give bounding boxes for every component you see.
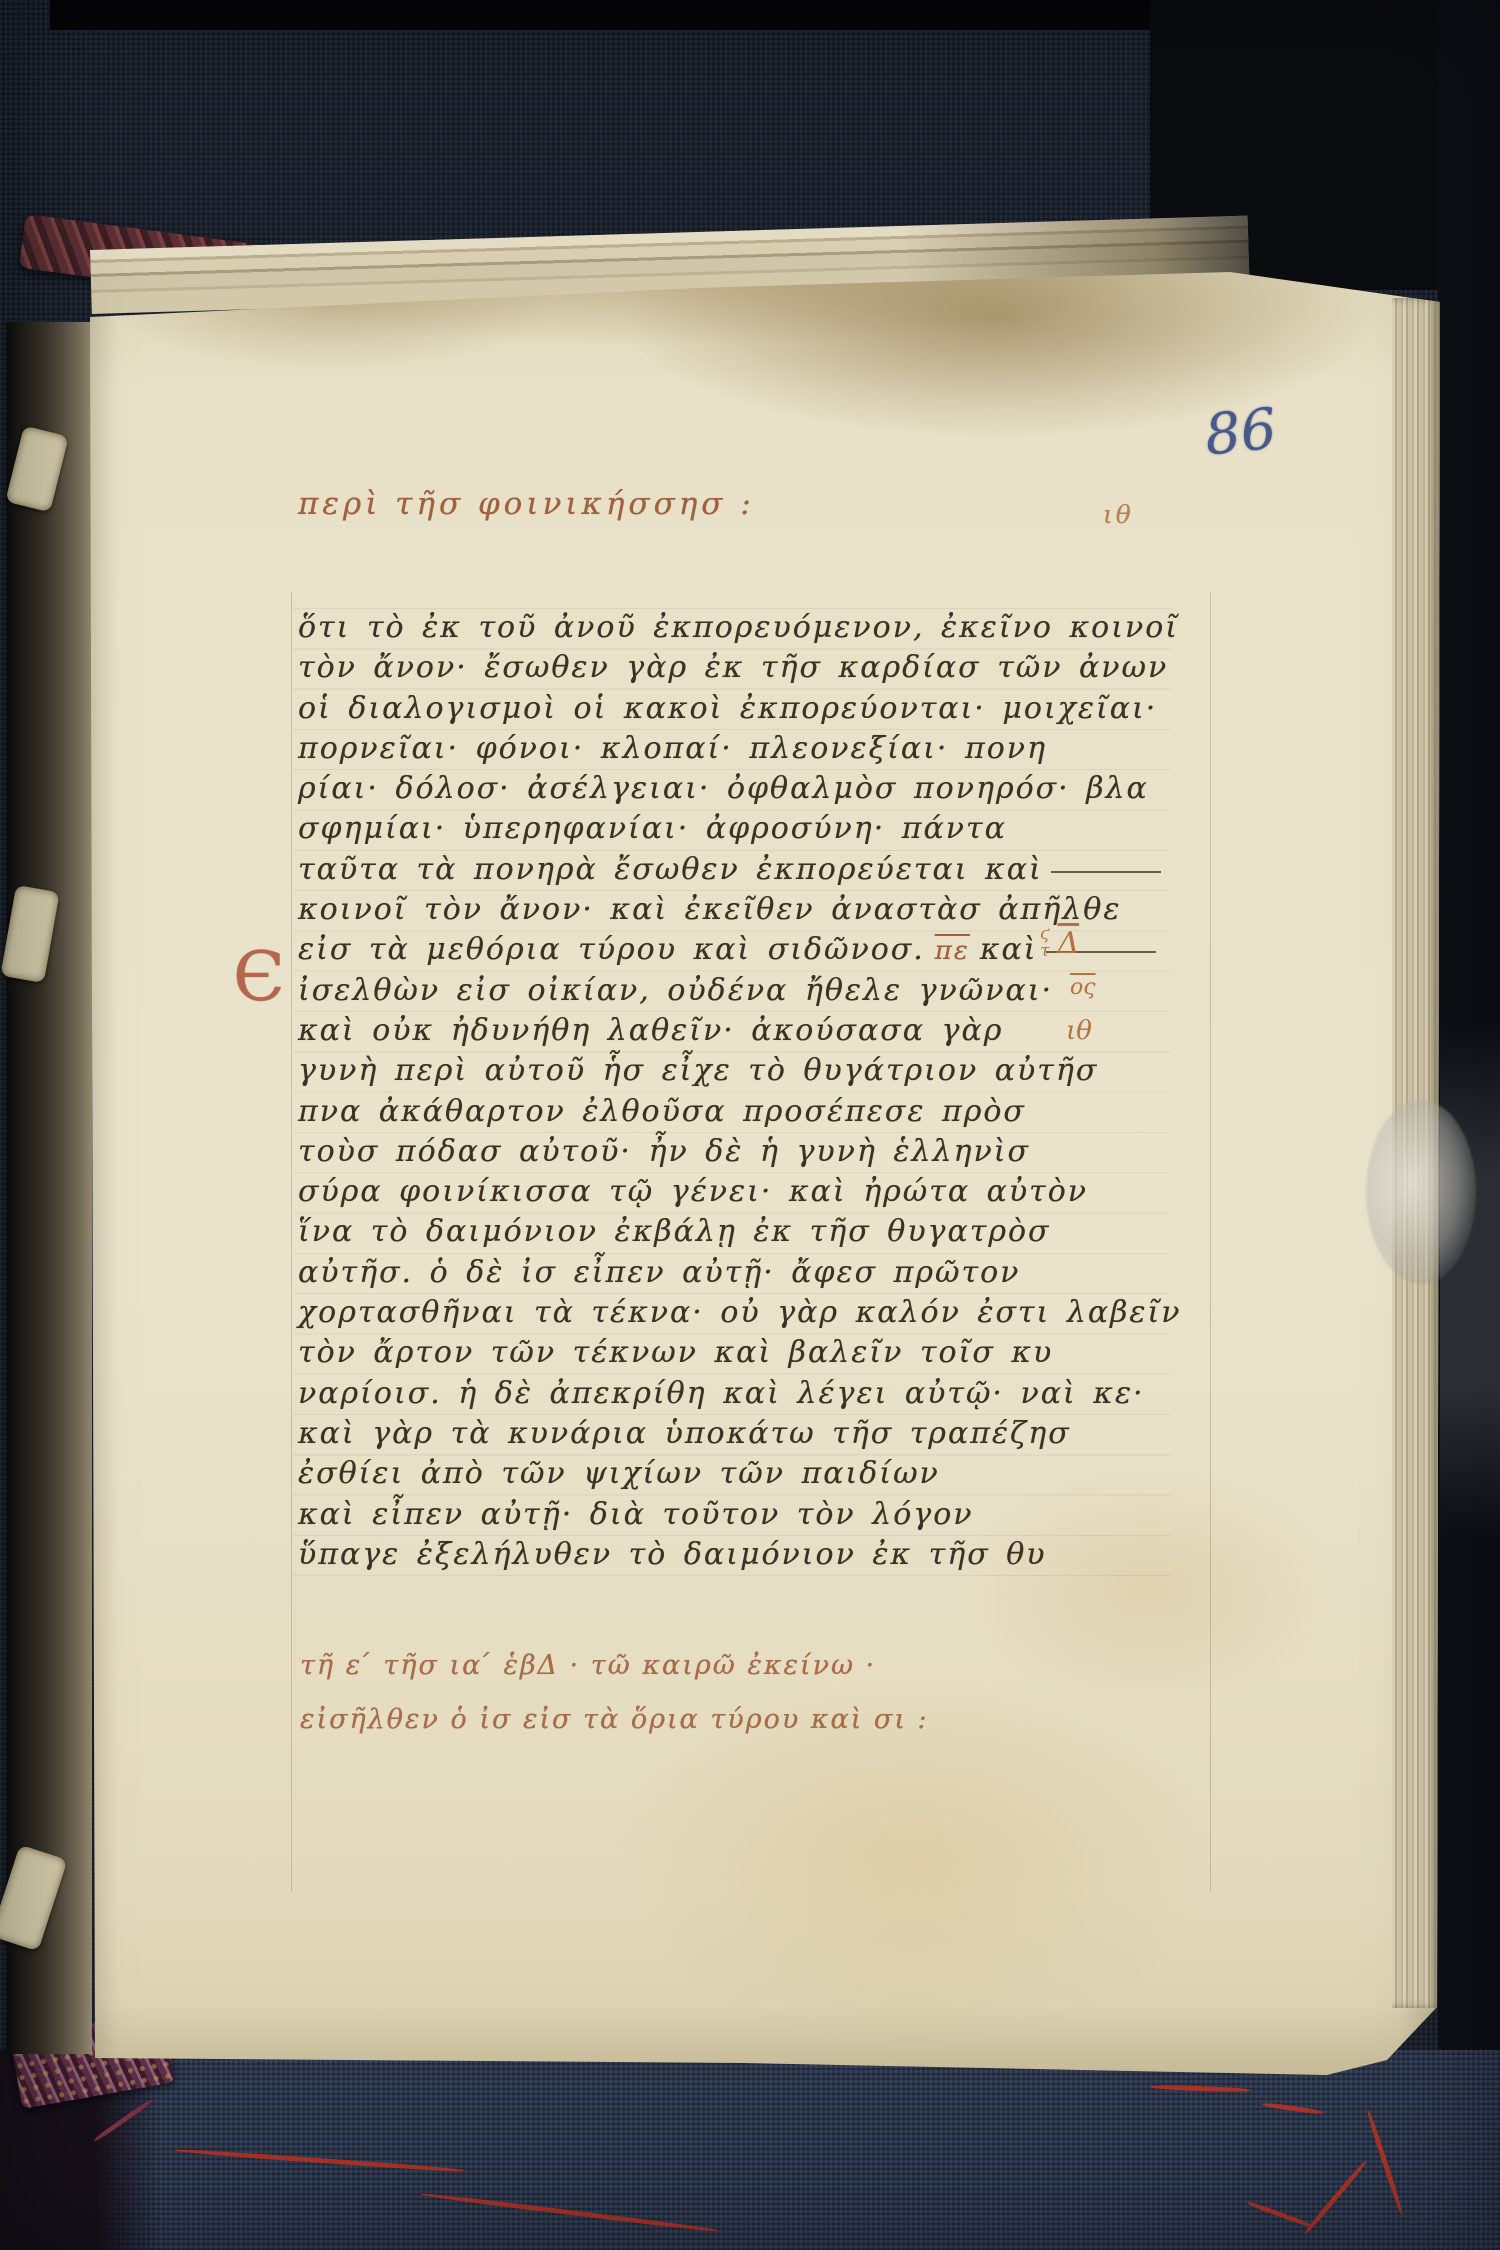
- rubric-heading: περὶ τῆσ φοινικήσσησ :: [298, 486, 755, 522]
- page-weight-shadow: [1440, 1020, 1500, 1540]
- ammonian-section-number: πε: [935, 936, 970, 966]
- text-line: ταῦτα τὰ πονηρὰ ἔσωθεν ἐκπορεύεται καὶ: [298, 850, 1178, 890]
- glass-page-weight: [1366, 1100, 1476, 1284]
- text-line: τοὺσ πόδασ αὐτοῦ· ἦν δὲ ἡ γυνὴ ἑλληνὶσ: [298, 1132, 1178, 1172]
- eusebian-fraction-bottom: τ: [1040, 943, 1050, 960]
- line-filler-rule: [1051, 871, 1161, 873]
- eusebian-row: ϛ τ Δ: [1040, 926, 1096, 961]
- text-line: ὕπαγε ἐξελήλυθεν τὸ δαιμόνιον ἐκ τῆσ θυ: [298, 1535, 1178, 1575]
- eusebian-row: ιθ: [1066, 1016, 1096, 1046]
- manuscript-photo: περὶ τῆσ φοινικήσσησ : ιθ 86 Є ὅτι τὸ ἐκ…: [0, 0, 1500, 2250]
- manuscript-page: περὶ τῆσ φοινικήσσησ : ιθ 86 Є ὅτι τὸ ἐκ…: [55, 262, 1440, 2077]
- text-line: ρίαι· δόλοσ· ἀσέλγειαι· ὀφθαλμὸσ πονηρόσ…: [298, 769, 1178, 809]
- text-line: σύρα φοινίκισσα τῷ γένει· καὶ ἠρώτα αὐτὸ…: [298, 1172, 1178, 1212]
- parchment-tacket: [5, 426, 69, 513]
- lection-rubric-line: εἰσῆλθεν ὁ ἰσ εἰσ τὰ ὅρια τύρου καὶ σι :: [300, 1704, 929, 1735]
- text-line-part: εἰσ τὰ μεθόρια τύρου καὶ σιδῶνοσ.: [298, 932, 925, 967]
- text-line: καὶ γὰρ τὰ κυνάρια ὑποκάτω τῆσ τραπέζησ: [298, 1414, 1178, 1454]
- text-line-part: καὶ: [980, 932, 1038, 967]
- eusebian-row: ος: [1070, 975, 1096, 1000]
- main-text-block: ὅτι τὸ ἐκ τοῦ ἀνοῦ ἐκπορευόμενον, ἐκεῖνο…: [298, 608, 1178, 1575]
- text-line: σφημίαι· ὑπερηφανίαι· ἀφροσύνη· πάντα: [298, 809, 1178, 849]
- folio-number: 86: [1202, 396, 1280, 468]
- text-line: καὶ εἶπεν αὐτῇ· διὰ τοῦτον τὸν λόγον: [298, 1495, 1178, 1535]
- drop-initial: Є: [233, 938, 285, 1017]
- text-line: ἐσθίει ἀπὸ τῶν ψιχίων τῶν παιδίων: [298, 1454, 1178, 1494]
- bottom-cover-cloth: [0, 2050, 1500, 2250]
- ruling-line-left: [291, 592, 292, 1892]
- text-line: πορνεῖαι· φόνοι· κλοπαί· πλεονεξίαι· πον…: [298, 729, 1178, 769]
- text-line: ἵνα τὸ δαιμόνιον ἐκβάλῃ ἐκ τῆσ θυγατρὸσ: [298, 1212, 1178, 1252]
- spine-sewing-edge: [6, 322, 92, 2054]
- text-line: χορτασθῆναι τὰ τέκνα· οὐ γὰρ καλόν ἐστι …: [298, 1293, 1178, 1333]
- cover-top-edge: [50, 0, 1165, 30]
- ruling-line-right: [1210, 592, 1211, 1892]
- text-line: ὅτι τὸ ἐκ τοῦ ἀνοῦ ἐκπορευόμενον, ἐκεῖνο…: [298, 608, 1178, 648]
- parchment-tacket: [0, 1845, 68, 1952]
- lection-rubric-line: τῆ ε ́ τῆσ ια ́ ἑβΔ · τῶ καιρῶ ἐκείνω ·: [300, 1650, 876, 1681]
- quire-mark: ιθ: [1103, 500, 1134, 529]
- text-line: γυνὴ περὶ αὐτοῦ ἧσ εἶχε τὸ θυγάτριον αὐτ…: [298, 1051, 1178, 1091]
- text-line: τὸν ἄρτον τῶν τέκνων καὶ βαλεῖν τοῖσ κυ: [298, 1333, 1178, 1373]
- text-line: πνα ἀκάθαρτον ἐλθοῦσα προσέπεσε πρὸσ: [298, 1092, 1178, 1132]
- parchment-tacket: [0, 885, 59, 983]
- text-line: ναρίοισ. ἡ δὲ ἀπεκρίθη καὶ λέγει αὐτῷ· ν…: [298, 1374, 1178, 1414]
- eusebian-canon: Δ: [1058, 926, 1080, 961]
- text-line-part: ταῦτα τὰ πονηρὰ ἔσωθεν ἐκπορεύεται καὶ: [298, 852, 1043, 887]
- text-line: αὐτῆσ. ὁ δὲ ἰσ εἶπεν αὐτῇ· ἄφεσ πρῶτον: [298, 1253, 1178, 1293]
- text-line: οἱ διαλογισμοὶ οἱ κακοὶ ἐκπορεύονται· μο…: [298, 689, 1178, 729]
- text-line: τὸν ἄνον· ἔσωθεν γὰρ ἐκ τῆσ καρδίασ τῶν …: [298, 648, 1178, 688]
- eusebian-fraction: ϛ τ: [1040, 926, 1050, 960]
- eusebian-margin-notes: ϛ τ Δ ος ιθ: [1040, 926, 1096, 1046]
